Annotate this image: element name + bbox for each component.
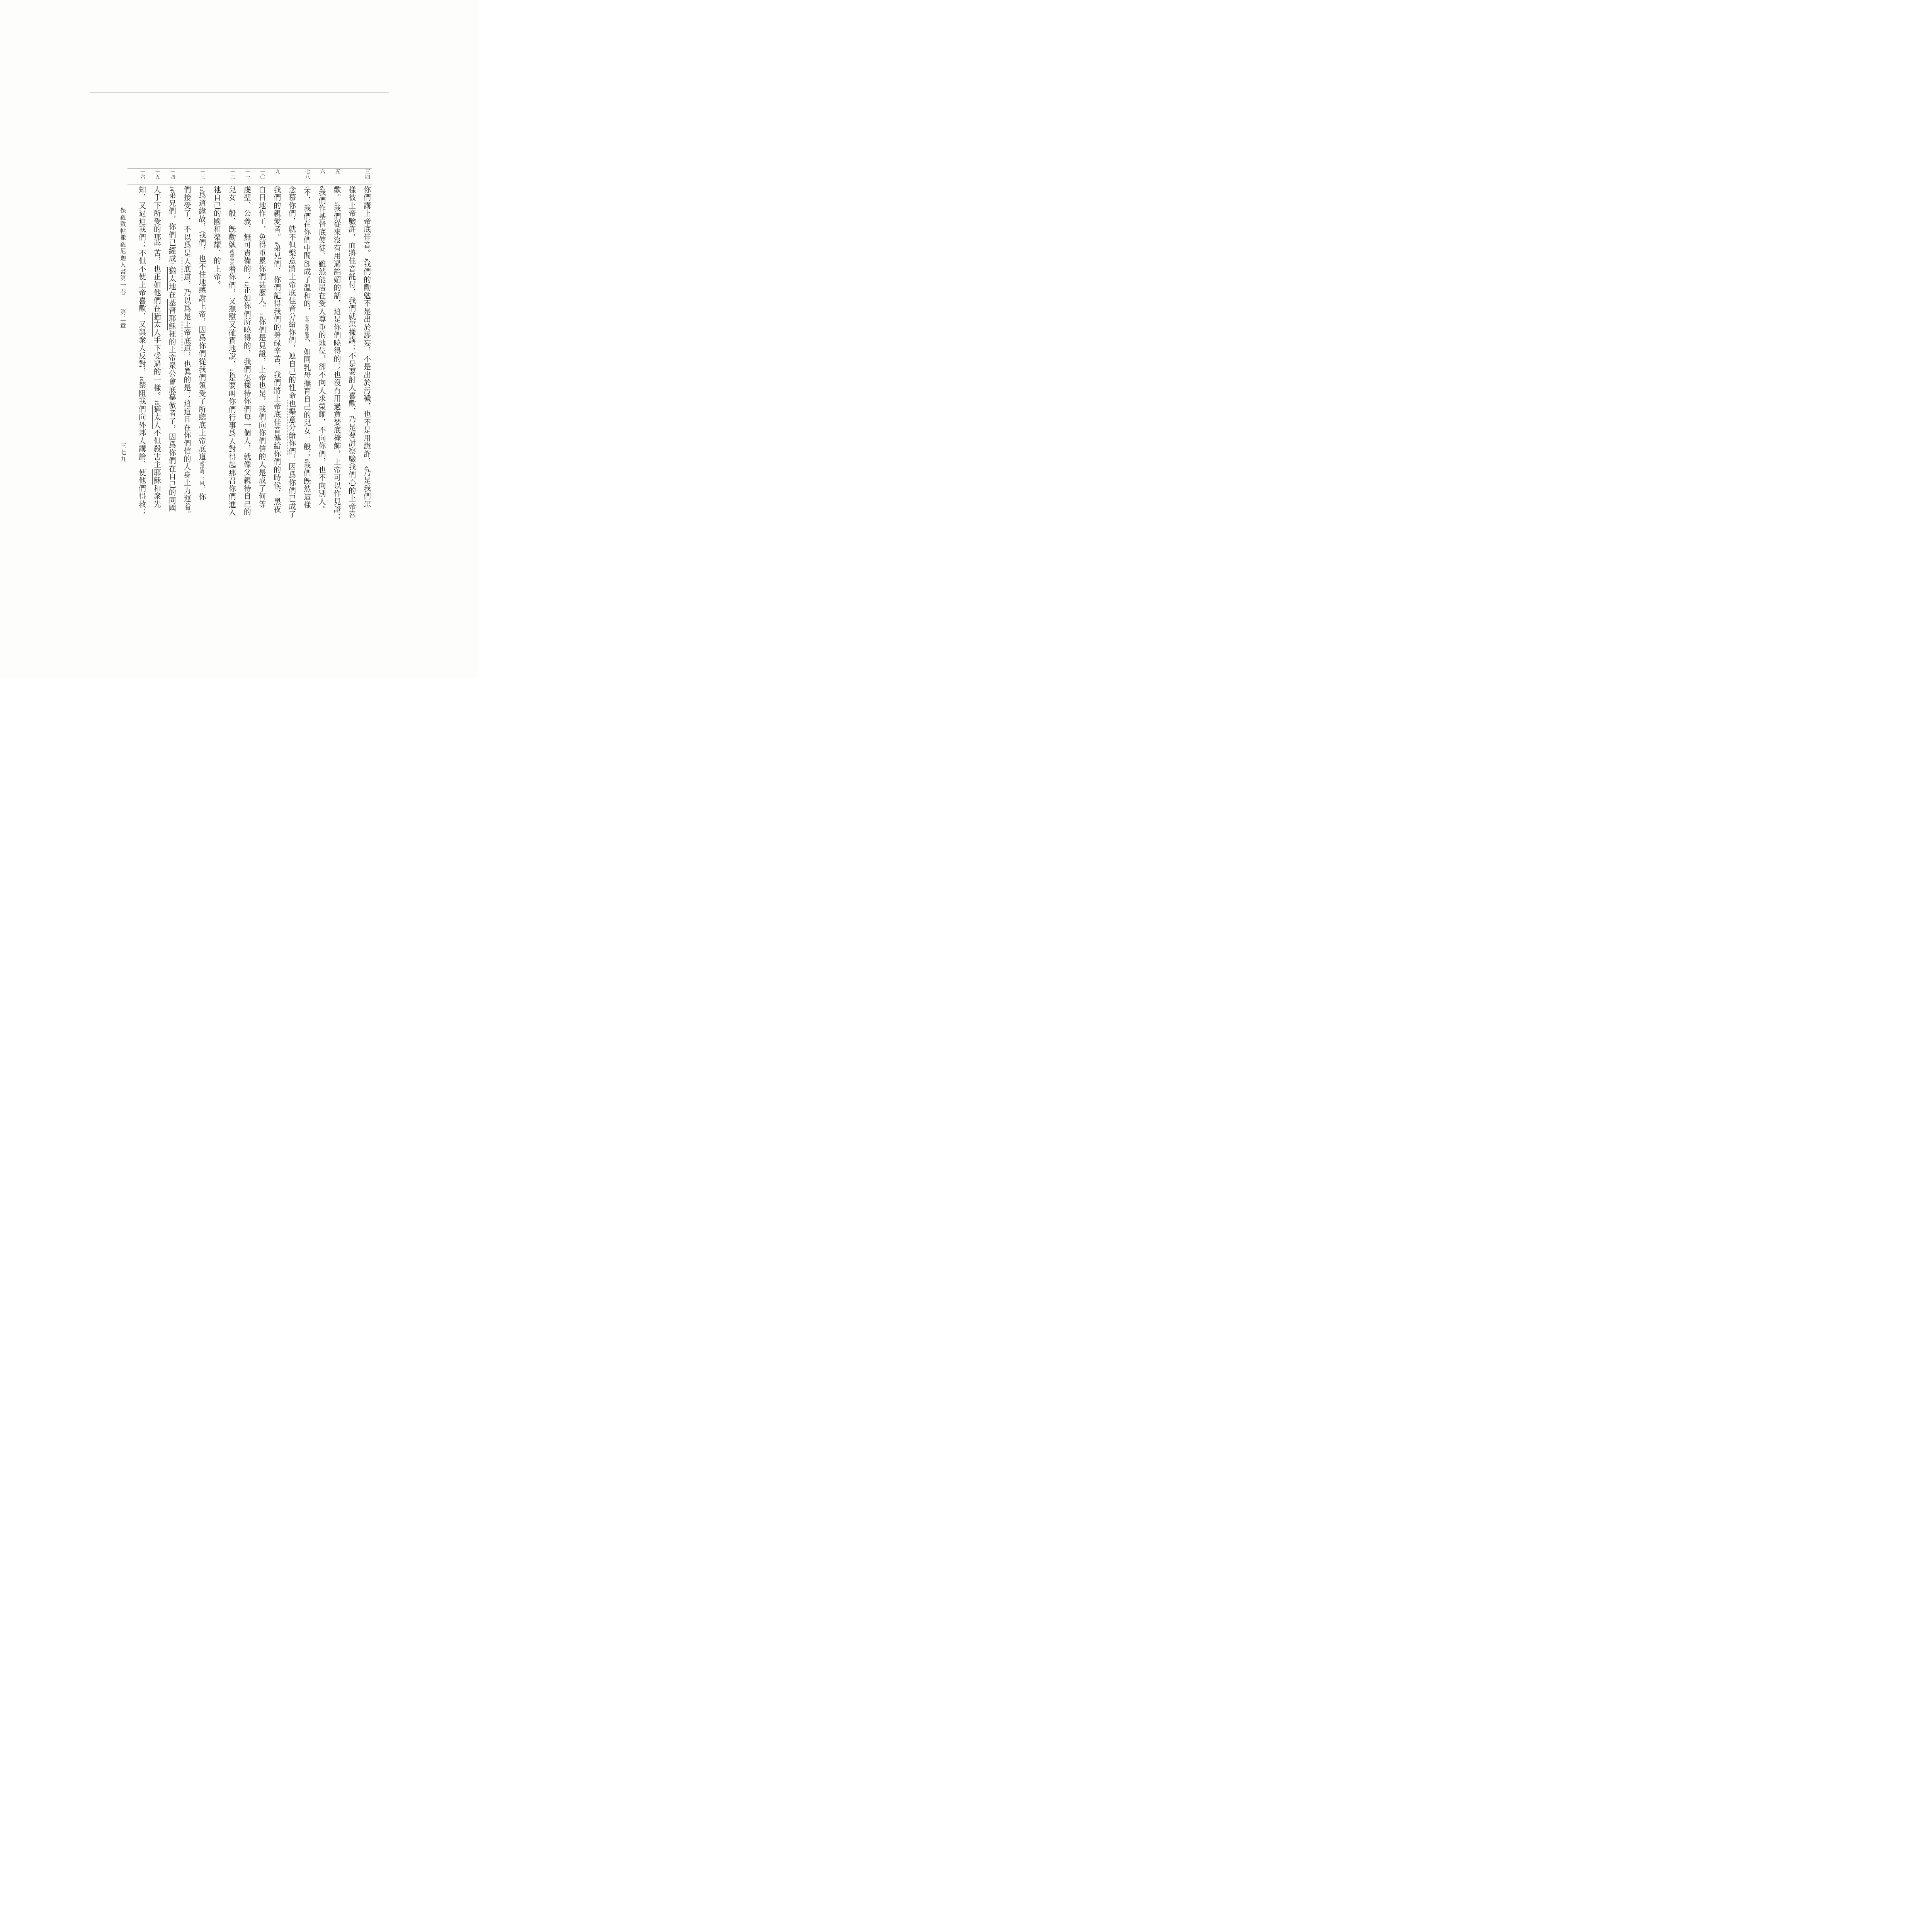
verse-number: 15 xyxy=(154,400,160,406)
text-run: 猶太地 xyxy=(167,267,176,291)
text-run: 爲這緣故，我們，也不住地感謝上帝，因爲你們從我們領受了所聽底上帝底道 xyxy=(197,192,206,461)
text-run: 人手下所受的那些苦，也正如他們在 xyxy=(153,186,161,313)
verse-marker: 一二 xyxy=(230,169,235,186)
inline-note: 或譯話，下同 xyxy=(199,461,204,485)
text-run: 我們的親愛者。 xyxy=(272,186,281,241)
text-run: 們接受了，不以爲是 xyxy=(182,186,191,257)
page-top-rule xyxy=(90,92,389,93)
text-run: 兒女一般，旣勸勉 xyxy=(228,186,236,249)
running-title: 保羅致帖撒羅尼迦人書第一卷 第二章 xyxy=(119,207,127,455)
text-column: 一六知，又逼迫我們；不但不使上帝喜歡，又與衆人反對，16禁阻我們向外邦人講論、使… xyxy=(130,169,145,540)
verse-number: 14 xyxy=(169,186,175,192)
text-run: ，你 xyxy=(197,485,206,501)
inline-note: 有古卷作嬰孩 xyxy=(304,315,309,340)
text-run: 我們作基督底使徒、雖然能居在受人尊重的地位，卻不向人求榮耀，不向你們，也不向別人… xyxy=(318,189,326,514)
text-columns: 三四你們講上帝底佳音。3我們的勸勉不是出於謬妄，不是出於污穢，也不是用詭詐，4乃… xyxy=(130,169,370,540)
verse-number: 13 xyxy=(199,186,204,192)
text-column: 一四14弟兄們，你們已經成了猶太地在基督耶穌裡的上帝衆公會底摹倣者了，因爲你們在… xyxy=(160,169,175,540)
text-column: 祂自己的國和榮耀、的上帝。 xyxy=(205,169,220,540)
text-column: 一二兒女一般，旣勸勉或譯央求着你們，又撫慰又確實地說，12是要叫你們行事爲人對得… xyxy=(220,169,235,540)
text-run: ，因爲你們已成了 xyxy=(287,455,296,519)
text-run: 你們講上帝底佳音。 xyxy=(362,186,371,257)
verse-marker: 一六 xyxy=(139,169,145,186)
text-run: 白日地作工，免得重累你們甚麼人。 xyxy=(257,186,266,313)
text-run: 不，我們在你們中間卻成了溫和的， xyxy=(303,189,311,315)
verse-marker: 九 xyxy=(274,169,279,186)
inline-note: 了 xyxy=(170,263,174,267)
text-run: 弟兄們，你們記得我們的勞碌辛苦，我們將上帝底佳音傳給你們的時候，黑夜 xyxy=(272,244,281,514)
text-run: 猶太人 xyxy=(152,405,161,429)
verse-marker: 六 xyxy=(320,169,325,186)
text-run: 是要叫你們行事爲人對得起那召你們進入 xyxy=(228,374,236,517)
text-run: 手下受過的一樣。 xyxy=(153,337,161,400)
text-run: 樣被上帝驗許，而將佳音託付，我們就怎樣講；不是要討人喜歡，乃是要討察驗我們心的上… xyxy=(347,186,356,519)
verse-marker: 一五 xyxy=(155,169,160,186)
text-column: 三四你們講上帝底佳音。3我們的勸勉不是出於謬妄，不是出於污穢，也不是用詭詐，4乃… xyxy=(355,169,370,540)
text-column: 們接受了，不以爲是人底道，乃以爲是上帝底道，也眞的是；這道且在你們信的人身上力運… xyxy=(175,169,191,540)
text-run: 在 xyxy=(168,291,176,299)
verse-number: 3 xyxy=(364,257,369,260)
text-run: 着你們，又撫慰又確實地說， xyxy=(228,265,236,369)
text-run: 基督耶穌 xyxy=(167,299,176,330)
text-column: 七八7不，我們在你們中間卻成了溫和的，有古卷作嬰孩，如同乳母撫育自己的兒女一般；… xyxy=(295,169,310,540)
text-run: 弟兄們，你們已經成 xyxy=(168,192,176,263)
text-column: 念慕你們，就不但樂意將上帝底佳音分給你們，連自己的性命也樂意分給你們，因爲你們已… xyxy=(280,169,295,540)
text-run: 虔聖、公義、無可責備的； xyxy=(243,186,251,281)
verse-marker: 一四 xyxy=(170,169,175,186)
verse-number: 16 xyxy=(139,376,145,382)
text-run: 上帝底道 xyxy=(182,321,191,352)
text-run: 猶太人 xyxy=(152,313,161,337)
text-run: ，如同乳母撫育自己的兒女一般； xyxy=(303,340,311,459)
verse-marker: 三四 xyxy=(364,169,369,186)
page-number: 三七九 xyxy=(119,443,128,470)
verse-number: 11 xyxy=(244,281,250,287)
text-run: 禁阻我們向外邦人講論、使他們得救； xyxy=(138,382,146,517)
verse-number: 10 xyxy=(259,313,264,318)
text-run: 不但殺害主 xyxy=(153,429,161,469)
text-run: 知，又逼迫我們；不但不使上帝喜歡，又與衆人反對， xyxy=(138,186,146,376)
text-run: 歡。 xyxy=(332,186,341,202)
verse-marker: 七八 xyxy=(304,169,310,186)
text-run: 正如你們所曉得的，我們怎樣待你們每一個人，就像父親待自己的 xyxy=(243,287,251,517)
text-run: 你們是見證，上帝也是，我們向你們信的人是成了何等 xyxy=(257,318,266,509)
text-column: 九我們的親愛者。9弟兄們，你們記得我們的勞碌辛苦，我們將上帝底佳音傳給你們的時候… xyxy=(265,169,280,540)
scanned-book-page: 三四你們講上帝底佳音。3我們的勸勉不是出於謬妄，不是出於污穢，也不是用詭詐，4乃… xyxy=(0,0,479,678)
text-run: 我們從來沒有用過諂媚的話，這是你們曉得的；也沒有用過貪婪底掩飾，上帝可以作見證； xyxy=(332,204,341,521)
text-run: 乃是我們怎 xyxy=(362,469,371,509)
text-run: 我們的勸勉不是出於謬妄，不是出於污穢，也不是用詭詐， xyxy=(362,260,371,466)
text-run: 祂自己的國和榮耀、的上帝。 xyxy=(213,186,221,289)
text-run: 耶穌 xyxy=(152,469,161,485)
verse-marker: 一一 xyxy=(245,169,250,186)
text-column: 樣被上帝驗許，而將佳音託付，我們就怎樣講；不是要討人喜歡，乃是要討察驗我們心的上… xyxy=(340,169,355,540)
inline-note: 或譯央求 xyxy=(230,249,234,265)
verse-marker: 五 xyxy=(334,169,339,186)
text-run: ，乃以爲是 xyxy=(182,281,191,321)
text-run: ，也眞的是；這道且在你們信的人身上力運着。 xyxy=(182,352,191,519)
verse-marker: 一〇 xyxy=(259,169,264,186)
text-column: 五歡。5我們從來沒有用過諂媚的話，這是你們曉得的；也沒有用過貪婪底掩飾，上帝可以… xyxy=(325,169,340,540)
verse-number: 12 xyxy=(229,369,235,374)
text-run: 念慕你們，就不但樂意將上帝底佳音分給你們，連自己的性命 xyxy=(287,186,296,400)
text-column: 一三13爲這緣故，我們，也不住地感謝上帝，因爲你們從我們領受了所聽底上帝底道或譯… xyxy=(190,169,205,540)
verse-number: 9 xyxy=(274,241,279,244)
text-run: 和衆先 xyxy=(153,485,161,509)
text-column: 六6我們作基督底使徒、雖然能居在受人尊重的地位，卻不向人求榮耀，不向你們，也不向… xyxy=(310,169,325,540)
text-column: 一五人手下所受的那些苦，也正如他們在猶太人手下受過的一樣。15猶太人不但殺害主耶… xyxy=(145,169,160,540)
text-column: 一一虔聖、公義、無可責備的；11正如你們所曉得的，我們怎樣待你們每一個人，就像父… xyxy=(235,169,250,540)
text-run: 裡的上帝衆公會底摹倣者了，因爲你們在自己的同國 xyxy=(168,330,176,513)
text-run: 人底道 xyxy=(182,257,191,281)
text-run: 我們旣然這樣 xyxy=(303,461,311,509)
text-run: 也樂意分給你們 xyxy=(287,400,296,456)
text-column: 一〇白日地作工，免得重累你們甚麼人。10你們是見證，上帝也是，我們向你們信的人是… xyxy=(250,169,265,540)
verse-marker: 一三 xyxy=(199,169,204,186)
